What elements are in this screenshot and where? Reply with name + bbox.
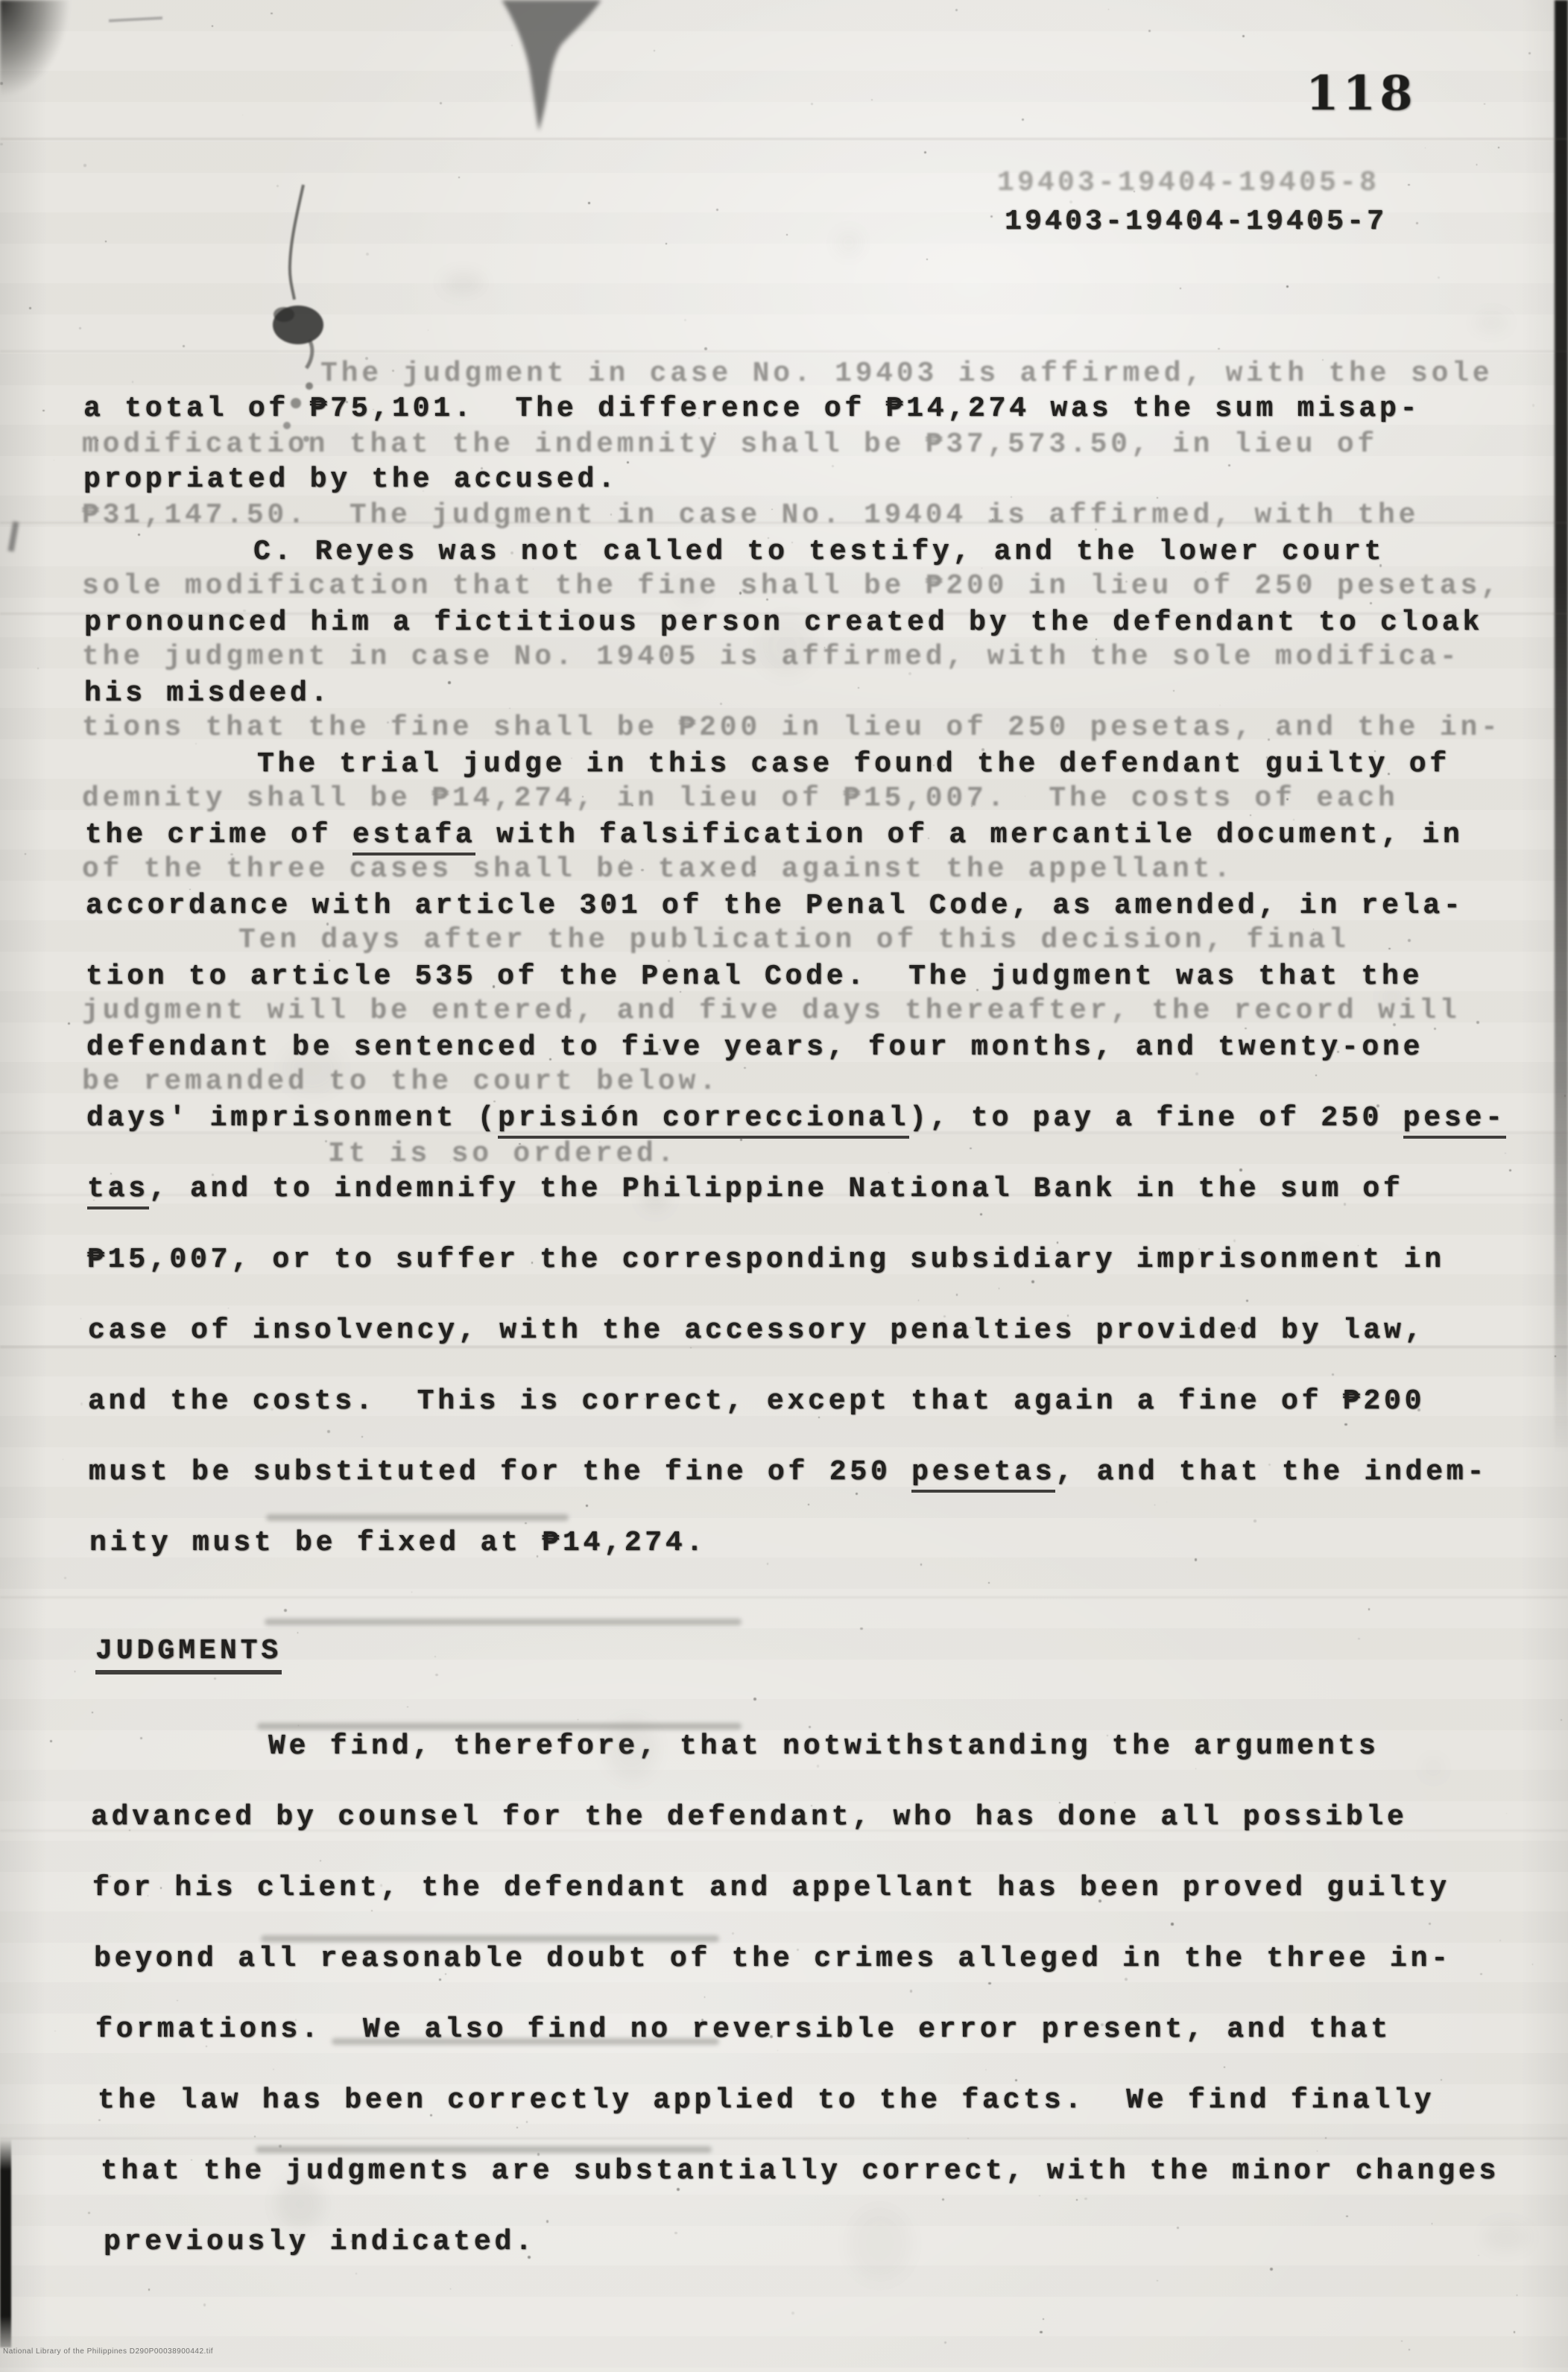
paper-speck xyxy=(80,1318,81,1319)
paper-speck xyxy=(990,215,993,218)
paper-speck xyxy=(1228,464,1230,467)
paper-blotch xyxy=(443,272,484,294)
paper-speck xyxy=(1561,1719,1562,1721)
paper-speck xyxy=(631,805,633,806)
text-line: nity must be fixed at ₱14,274. xyxy=(89,1529,706,1557)
ink-stain-top xyxy=(496,0,607,138)
text-line: for his client, the defendant and appell… xyxy=(92,1874,1450,1903)
text-segment: ), to pay a fine of 250 xyxy=(909,1102,1403,1134)
paper-speck xyxy=(206,2046,207,2047)
paper-speck xyxy=(1441,2079,1442,2081)
text-segment: his misdeed. xyxy=(84,677,331,709)
text-line: propriated by the accused. xyxy=(83,466,619,494)
paper-speck xyxy=(956,1294,958,1295)
paper-speck xyxy=(1476,164,1477,165)
paper-speck xyxy=(326,923,329,925)
paper-speck xyxy=(346,401,348,403)
paper-speck xyxy=(918,1300,919,1300)
case-number-ghost: 19403-19404-19405-8 xyxy=(997,167,1379,199)
paper-speck xyxy=(1183,660,1186,662)
text-segment: advanced by counsel for the defendant, w… xyxy=(91,1801,1408,1833)
paper-speck xyxy=(1376,1104,1379,1107)
paper-speck xyxy=(212,1174,213,1175)
paper-speck xyxy=(105,241,107,242)
paper-speck xyxy=(458,177,460,178)
paper-speck xyxy=(243,610,245,612)
paper-speck xyxy=(1125,1978,1128,1981)
paper-speck xyxy=(811,103,813,105)
text-segment: The trial judge in this case found the d… xyxy=(257,748,1450,780)
ghost-smear xyxy=(265,1619,742,1625)
paper-speck xyxy=(1224,2066,1225,2068)
paper-speck xyxy=(1416,222,1418,224)
paper-speck xyxy=(797,1949,799,1951)
paper-speck xyxy=(768,537,769,539)
text-line: previously indicated. xyxy=(104,2228,536,2256)
paper-speck xyxy=(177,2000,178,2002)
text-segment: the crime of xyxy=(85,819,353,851)
paper-speck xyxy=(203,2303,206,2306)
paper-speck xyxy=(654,50,655,51)
paper-speck xyxy=(242,115,243,116)
paper-speck xyxy=(832,465,834,467)
paper-speck xyxy=(1344,1423,1347,1426)
paper-speck xyxy=(1346,2216,1348,2218)
text-segment: days' imprisonment ( xyxy=(86,1102,498,1134)
text-segment: C. Reyes was not called to testify, and … xyxy=(253,536,1385,568)
text-segment: It is so ordered. xyxy=(328,1138,677,1170)
paper-speck xyxy=(325,1140,327,1142)
scan-line xyxy=(0,1596,1568,1598)
paper-speck xyxy=(731,903,734,906)
text-segment: must be substituted for the fine of 250 xyxy=(89,1456,911,1488)
paper-speck xyxy=(786,234,788,235)
paper-speck xyxy=(1293,819,1294,820)
text-line: We find, therefore, that notwithstanding… xyxy=(268,1733,1379,1761)
paper-speck xyxy=(924,151,926,154)
paper-speck xyxy=(419,1256,421,1259)
paper-speck xyxy=(1517,2294,1518,2296)
paper-speck xyxy=(1344,1203,1346,1205)
text-line: his misdeed. xyxy=(84,680,331,708)
paper-speck xyxy=(1322,359,1324,361)
paper-speck xyxy=(1478,2255,1479,2256)
text-segment: beyond all reasonable doubt of the crime… xyxy=(94,1943,1452,1975)
paper-speck xyxy=(54,460,54,461)
paper-speck xyxy=(1218,348,1219,350)
text-line: The trial judge in this case found the d… xyxy=(257,750,1450,779)
paper-speck xyxy=(1246,1300,1248,1302)
ghost-smear xyxy=(261,1935,719,1942)
underlined-text: pese- xyxy=(1403,1102,1506,1139)
paper-speck xyxy=(449,376,451,379)
paper-speck xyxy=(75,1671,76,1672)
paper-speck xyxy=(295,2019,297,2021)
paper-speck xyxy=(944,2341,946,2344)
paper-speck xyxy=(871,99,873,101)
paper-speck xyxy=(0,82,3,85)
text-segment: be remanded to the court below. xyxy=(82,1066,720,1098)
paper-speck xyxy=(666,243,667,244)
paper-speck xyxy=(42,410,45,412)
underlined-text: tas xyxy=(87,1173,149,1209)
paper-speck xyxy=(791,2312,794,2315)
scan-line xyxy=(0,350,1568,352)
paper-speck xyxy=(988,1582,990,1584)
right-edge-shadow xyxy=(1555,0,1568,1453)
paper-speck xyxy=(613,1394,616,1397)
paper-speck xyxy=(366,253,369,256)
paper-speck xyxy=(624,859,625,861)
paper-speck xyxy=(1429,1923,1431,1925)
paper-speck xyxy=(1358,1638,1360,1640)
paper-speck xyxy=(1388,948,1391,950)
paper-speck xyxy=(1069,200,1072,203)
paper-speck xyxy=(767,1563,768,1564)
paper-speck xyxy=(448,1476,449,1476)
paper-speck xyxy=(537,2153,540,2155)
ghost-text-line: It is so ordered. xyxy=(328,1140,677,1168)
ghost-text-line: of the three cases shall be taxed agains… xyxy=(82,855,1234,884)
paper-speck xyxy=(980,1213,982,1215)
paper-speck xyxy=(704,347,707,350)
paper-speck xyxy=(808,1504,809,1505)
text-segment: We find, therefore, that notwithstanding… xyxy=(268,1730,1379,1762)
paper-blotch xyxy=(674,579,708,607)
text-segment: judgment will be entered, and five days … xyxy=(82,995,1460,1027)
scanned-page: 118 19403-19404-19405-8 19403-19404-1940… xyxy=(0,0,1568,2372)
paper-speck xyxy=(970,1148,972,1150)
text-segment: tion to article 535 of the Penal Code. T… xyxy=(86,961,1423,993)
text-line: tas, and to indemnify the Philippine Nat… xyxy=(87,1175,1404,1204)
paper-speck xyxy=(1506,1813,1507,1814)
paper-speck xyxy=(908,672,911,675)
paper-speck xyxy=(1198,1248,1200,1250)
text-line: and the costs. This is correct, except t… xyxy=(88,1388,1425,1416)
paper-speck xyxy=(910,1990,913,1993)
paper-speck xyxy=(25,853,25,854)
paper-speck xyxy=(1022,118,1024,121)
ghost-smear xyxy=(266,1514,569,1521)
ghost-text-line: judgment will be entered, and five days … xyxy=(82,997,1460,1025)
paper-speck xyxy=(1195,1768,1196,1769)
paper-speck xyxy=(276,185,279,187)
paper-speck xyxy=(88,2212,90,2214)
paper-speck xyxy=(439,1979,440,1980)
paper-speck xyxy=(888,1172,889,1173)
paper-speck xyxy=(450,2289,451,2289)
paper-speck xyxy=(428,329,429,330)
paper-speck xyxy=(729,413,732,416)
paper-speck xyxy=(753,1698,756,1701)
paper-speck xyxy=(158,1650,159,1651)
paper-speck xyxy=(1532,404,1535,407)
paper-speck xyxy=(1209,150,1210,151)
paper-speck xyxy=(999,1288,999,1288)
paper-speck xyxy=(1529,52,1531,54)
paper-speck xyxy=(858,687,859,689)
ghost-text-line: Ten days after the publication of this d… xyxy=(238,926,1350,955)
ghost-text-line: tions that the fine shall be ₱200 in lie… xyxy=(82,714,1502,742)
paper-speck xyxy=(578,1719,579,1721)
text-segment: , and that the indem- xyxy=(1055,1456,1488,1488)
paper-speck xyxy=(586,1505,588,1507)
paper-speck xyxy=(1039,2195,1040,2197)
paper-speck xyxy=(1180,288,1181,289)
paper-speck xyxy=(791,542,793,543)
text-segment: previously indicated. xyxy=(104,2226,536,2258)
paper-speck xyxy=(668,960,670,962)
paper-speck xyxy=(569,1009,572,1012)
paper-blotch xyxy=(605,1718,658,1780)
paper-speck xyxy=(1250,815,1251,816)
paper-speck xyxy=(228,1308,230,1309)
paper-speck xyxy=(528,2256,531,2259)
case-number: 19403-19404-19405-7 xyxy=(1005,206,1387,238)
text-line: beyond all reasonable doubt of the crime… xyxy=(94,1945,1452,1973)
paper-speck xyxy=(1555,1356,1556,1357)
ghost-text-line: demnity shall be ₱14,274, in lieu of ₱15… xyxy=(82,785,1399,813)
paper-speck xyxy=(214,1677,216,1680)
paper-speck xyxy=(1499,1940,1501,1941)
paper-speck xyxy=(1238,1327,1240,1329)
paper-speck xyxy=(1480,1973,1482,1976)
text-line: the law has been correctly applied to th… xyxy=(98,2087,1435,2115)
text-segment: accordance with article 301 of the Penal… xyxy=(86,890,1464,922)
paper-speck xyxy=(148,2289,151,2291)
text-segment: for his client, the defendant and appell… xyxy=(92,1872,1450,1904)
paper-speck xyxy=(97,440,98,441)
paper-speck xyxy=(920,1563,922,1565)
paper-speck xyxy=(771,509,772,510)
paper-speck xyxy=(694,1111,696,1113)
paper-speck xyxy=(271,13,272,14)
paper-speck xyxy=(704,1996,706,1998)
paper-speck xyxy=(80,1402,83,1405)
text-line: the crime of estafa with falsification o… xyxy=(85,821,1463,850)
paper-speck xyxy=(327,1430,330,1433)
scan-line xyxy=(0,2137,1568,2139)
paper-speck xyxy=(29,307,31,309)
paper-speck xyxy=(1434,1028,1436,1030)
underlined-text: estafa xyxy=(353,819,476,855)
paper-speck xyxy=(1090,1953,1092,1955)
paper-speck xyxy=(1561,525,1562,527)
text-line: ₱15,007, or to suffer the corresponding … xyxy=(87,1246,1445,1274)
paper-speck xyxy=(1476,1021,1479,1024)
paper-speck xyxy=(407,1707,408,1708)
paper-blotch xyxy=(847,2205,912,2281)
paper-speck xyxy=(430,2114,432,2116)
paper-speck xyxy=(1425,148,1426,148)
paper-blotch xyxy=(1381,990,1403,1004)
text-segment: sole modification that the fine shall be… xyxy=(82,570,1502,602)
paper-speck xyxy=(588,202,589,203)
paper-speck xyxy=(818,1417,821,1419)
paper-speck xyxy=(599,1142,600,1142)
paper-speck xyxy=(942,2198,944,2201)
text-segment: The judgment in case No. 19403 is affirm… xyxy=(320,358,1493,390)
paper-speck xyxy=(674,2232,677,2235)
paper-speck xyxy=(1173,690,1175,692)
text-segment: the law has been correctly applied to th… xyxy=(98,2084,1435,2116)
ghost-text-line: sole modification that the fine shall be… xyxy=(82,572,1502,601)
paper-speck xyxy=(440,102,442,104)
text-line: C. Reyes was not called to testify, and … xyxy=(253,538,1385,566)
paper-speck xyxy=(1063,839,1065,841)
text-line: a total of ₱75,101. The difference of ₱1… xyxy=(83,395,1420,423)
paper-speck xyxy=(698,417,700,419)
paper-speck xyxy=(1154,1505,1155,1505)
paper-speck xyxy=(445,1973,446,1975)
paper-speck xyxy=(448,681,451,684)
ghost-text-line: The judgment in case No. 19403 is affirm… xyxy=(320,360,1493,388)
paper-speck xyxy=(1148,30,1151,33)
paper-speck xyxy=(1438,276,1440,279)
paper-speck xyxy=(83,164,86,166)
paper-speck xyxy=(1498,147,1499,148)
paper-speck xyxy=(1219,705,1221,706)
paper-speck xyxy=(361,1436,363,1438)
paper-speck xyxy=(1532,1964,1533,1964)
paper-speck xyxy=(716,209,718,211)
paper-speck xyxy=(1254,1519,1256,1522)
paper-speck xyxy=(1084,2198,1087,2200)
paper-speck xyxy=(50,1740,52,1742)
paper-speck xyxy=(1325,2137,1327,2139)
paper-speck xyxy=(817,1765,820,1768)
paper-speck xyxy=(777,2050,778,2051)
paper-speck xyxy=(54,2031,56,2032)
paper-speck xyxy=(684,319,686,321)
paper-speck xyxy=(720,703,722,705)
text-line: case of insolvency, with the accessory p… xyxy=(88,1317,1425,1345)
paper-speck xyxy=(1393,1023,1396,1026)
paper-speck xyxy=(516,2127,518,2128)
paper-speck xyxy=(926,259,928,260)
paper-blotch xyxy=(1474,313,1508,332)
paper-speck xyxy=(713,432,716,435)
paper-speck xyxy=(1195,1072,1198,1075)
text-line: days' imprisonment (prisión correccional… xyxy=(86,1104,1506,1133)
text-segment: formations. We also find no reversible e… xyxy=(95,2014,1391,2046)
paper-speck xyxy=(53,1920,54,1921)
paper-speck xyxy=(856,1493,858,1495)
paper-speck xyxy=(690,1347,692,1349)
paper-speck xyxy=(744,1067,746,1069)
paper-speck xyxy=(183,345,185,347)
paper-speck xyxy=(1157,2280,1157,2281)
paper-speck xyxy=(981,748,984,751)
paper-speck xyxy=(284,1609,287,1612)
paper-speck xyxy=(68,1022,70,1025)
bottom-left-edge-mark xyxy=(0,2139,11,2347)
text-line: tion to article 535 of the Penal Code. T… xyxy=(86,963,1423,991)
paper-speck xyxy=(1484,104,1485,104)
section-heading: JUDGMENTS xyxy=(95,1637,282,1666)
ghost-text-line: modification that the indemnity shall be… xyxy=(82,431,1378,459)
paper-blotch xyxy=(642,1183,669,1212)
paper-speck xyxy=(943,1315,946,1318)
paper-blotch xyxy=(1483,2223,1530,2251)
paper-speck xyxy=(1040,2331,1043,2334)
paper-speck xyxy=(582,796,584,797)
paper-blotch xyxy=(835,229,862,256)
paper-speck xyxy=(1337,1051,1339,1053)
paper-speck xyxy=(1157,497,1158,499)
corner-stain xyxy=(0,0,97,134)
paper-speck xyxy=(1286,798,1289,800)
paper-speck xyxy=(860,1628,862,1630)
paper-speck xyxy=(1107,1735,1107,1736)
paper-speck xyxy=(212,25,213,27)
pencil-mark xyxy=(109,16,162,22)
paper-speck xyxy=(132,381,134,383)
paper-blotch xyxy=(1304,1248,1325,1264)
paper-blotch xyxy=(1423,1757,1444,1779)
paper-speck xyxy=(1370,602,1372,604)
underlined-text: prisión correccional xyxy=(498,1102,909,1139)
paper-speck xyxy=(988,1982,990,1984)
paper-speck xyxy=(1270,2268,1273,2271)
paper-speck xyxy=(811,1805,812,1806)
underlined-text: pesetas xyxy=(911,1456,1055,1493)
paper-speck xyxy=(1417,1408,1420,1411)
paper-speck xyxy=(641,869,644,872)
text-segment: and the costs. This is correct, except t… xyxy=(88,1385,1425,1417)
library-watermark: National Library of the Philippines D290… xyxy=(3,2347,213,2356)
paper-speck xyxy=(1286,285,1289,288)
paper-speck xyxy=(1338,597,1340,598)
text-segment: demnity shall be ₱14,274, in lieu of ₱15… xyxy=(82,782,1399,815)
paper-speck xyxy=(1031,1280,1034,1283)
paper-speck xyxy=(809,1726,810,1727)
paper-speck xyxy=(1245,1028,1247,1030)
paper-speck xyxy=(627,461,629,464)
paper-speck xyxy=(1166,1502,1167,1502)
paper-speck xyxy=(677,2188,680,2191)
paper-speck xyxy=(1423,2104,1425,2106)
paper-speck xyxy=(411,1592,412,1593)
paper-speck xyxy=(139,2352,140,2353)
paper-speck xyxy=(493,1101,496,1103)
paper-speck xyxy=(1409,2349,1410,2350)
text-segment: of the three cases shall be taxed agains… xyxy=(82,853,1234,885)
paper-blotch xyxy=(282,1043,342,1095)
paper-speck xyxy=(0,143,2,145)
paper-speck xyxy=(148,1895,148,1896)
paper-speck xyxy=(1317,2151,1318,2151)
paper-speck xyxy=(1240,1751,1242,1753)
paper-speck xyxy=(195,743,197,744)
paper-speck xyxy=(273,2069,274,2070)
paper-speck xyxy=(740,1139,742,1141)
paper-speck xyxy=(1043,2318,1044,2320)
text-line: formations. We also find no reversible e… xyxy=(95,2016,1391,2044)
page-number: 118 xyxy=(1306,66,1417,121)
paper-blotch xyxy=(757,616,817,677)
text-segment: ₱15,007, or to suffer the corresponding … xyxy=(87,1244,1445,1276)
underlined-text: JUDGMENTS xyxy=(95,1635,282,1674)
paper-speck xyxy=(1239,1168,1242,1171)
text-segment: with falsification of a mercantile docum… xyxy=(475,819,1463,851)
paper-speck xyxy=(1505,1153,1506,1154)
paper-speck xyxy=(1108,9,1109,10)
paper-speck xyxy=(1401,2341,1403,2342)
paper-speck xyxy=(753,870,756,873)
paper-speck xyxy=(1408,184,1410,186)
paper-speck xyxy=(140,1737,142,1739)
